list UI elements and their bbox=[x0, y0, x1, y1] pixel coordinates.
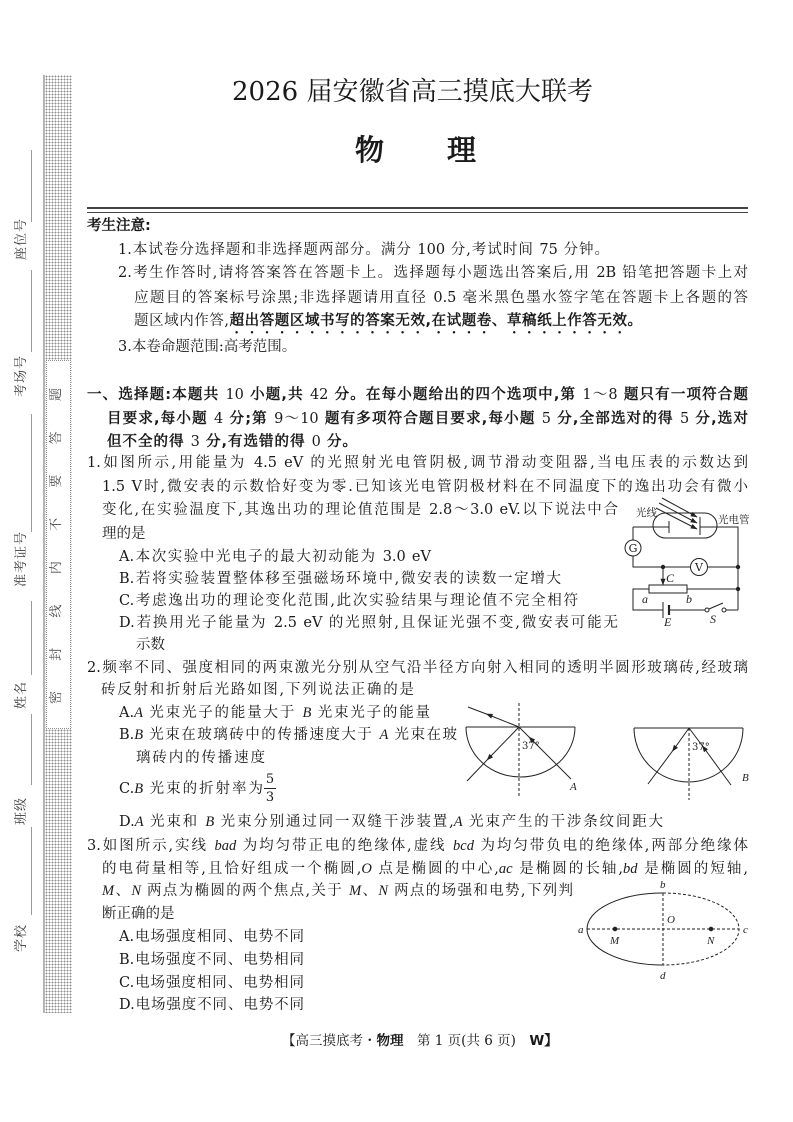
q2-option-b-line-2: 璃砖内的传播速度 bbox=[136, 748, 265, 768]
field-blank-exam-room bbox=[31, 270, 32, 352]
question-number: 1. bbox=[87, 455, 101, 471]
option-label: C. bbox=[119, 593, 134, 609]
angle-label: 37° bbox=[522, 741, 540, 752]
q2-semicircle-figure-b: 37° B bbox=[634, 728, 749, 800]
option-label: C. bbox=[119, 975, 134, 991]
option-label: A. bbox=[119, 549, 134, 565]
notice-heading: 考生注意: bbox=[87, 216, 151, 236]
fraction-numerator: 5 bbox=[264, 772, 276, 787]
section-one-line-2: 目要求,每小题 4 分;第 9～10 题有多项符合题目要求,每小题 5 分,全部… bbox=[107, 409, 748, 429]
focus-m-dot bbox=[613, 927, 617, 931]
q2-stem-text: 频率不同、强度相同的两束激光分别从空气沿半径方向射入相同的透明半圆形玻璃砖,经玻… bbox=[101, 660, 748, 676]
field-label-school: 学校 bbox=[15, 924, 29, 952]
field-label-exam-room: 考场号 bbox=[15, 355, 29, 397]
q3-ellipse-figure: b d a c O M N bbox=[578, 879, 748, 982]
option-text: 电场强度相同、电势不同 bbox=[134, 929, 304, 945]
subject-char-2: 理 bbox=[447, 133, 476, 167]
field-label-admission-number: 准考证号 bbox=[15, 531, 29, 587]
seal-char: 题 bbox=[50, 388, 64, 401]
field-blank-name bbox=[31, 601, 32, 675]
phototube bbox=[653, 513, 717, 538]
beam-a-label: A bbox=[569, 781, 577, 793]
junction-dot bbox=[736, 587, 739, 590]
option-text: 电场强度相同、电势相同 bbox=[134, 975, 304, 991]
fraction-denominator: 3 bbox=[264, 790, 276, 805]
voltmeter-label: V bbox=[694, 561, 704, 574]
galvanometer-label: G bbox=[629, 542, 638, 555]
option-label: D. bbox=[119, 814, 135, 830]
end-b-label: b bbox=[686, 592, 692, 606]
point-c-label: c bbox=[743, 924, 748, 936]
exam-title: 2026 届安徽省高三摸底大联考 bbox=[232, 76, 593, 108]
q1-stem-line-1: 1.如图所示,用能量为 4.5 eV 的光照射光电管阴极,调节滑动变阻器,当电压… bbox=[87, 453, 748, 473]
q3-stem-text: 如图所示,实线 bad 为均匀带正电的绝缘体,虚线 bcd 为均匀带负电的绝缘体… bbox=[101, 838, 748, 854]
field-label-class: 班级 bbox=[15, 797, 29, 825]
option-label: D. bbox=[119, 997, 135, 1013]
notice-item-2-line-2: 应题目的答案标号涂黑;非选择题请用直径 0.5 毫米黑色墨水签字笔在答题卡上各题… bbox=[134, 288, 748, 308]
seal-char: 封 bbox=[50, 648, 64, 661]
field-blank-class bbox=[31, 714, 32, 785]
option-text: A 光束光子的能量大于 B 光束光子的能量 bbox=[134, 705, 430, 721]
option-label: B. bbox=[119, 571, 134, 587]
notice-item-3: 3.本卷命题范围:高考范围。 bbox=[118, 337, 296, 357]
lower-wires bbox=[633, 589, 738, 610]
center-o-label: O bbox=[667, 914, 675, 926]
q1-option-a: A.本次实验中光电子的最大初动能为 3.0 eV bbox=[119, 547, 431, 567]
field-label-seat-number: 座位号 bbox=[15, 218, 29, 260]
seal-char: 内 bbox=[50, 561, 64, 574]
option-label: C. bbox=[119, 781, 134, 797]
q1-photoelectric-circuit-figure: 光线 光电管 G V C a b E S bbox=[625, 498, 750, 629]
point-b-label: b bbox=[660, 879, 666, 891]
field-label-name: 姓名 bbox=[15, 681, 29, 709]
refractive-index-fraction: 5 3 bbox=[264, 772, 276, 805]
point-d-label: d bbox=[660, 970, 666, 982]
q2-option-c: C.B 光束的折射率为 bbox=[119, 779, 263, 799]
q3-stem-line-3: M、N 两点为椭圆的两个焦点,关于 M、N 两点的场强和电势,下列判 bbox=[102, 881, 573, 901]
seal-line-warning: 密 封 线 内 不 要 答 题 bbox=[50, 388, 64, 704]
section-one-line-3: 但不全的得 3 分,有选错的得 0 分。 bbox=[107, 432, 357, 452]
q3-option-c: C.电场强度相同、电势相同 bbox=[119, 973, 304, 993]
binding-margin: 学校 班级 姓名 准考证号 考场号 座位号 密 封 线 内 不 要 答 题 bbox=[0, 0, 80, 1122]
light-ray-arrow bbox=[659, 503, 697, 523]
option-text: 若换用光子能量为 2.5 eV 的光照射,且保证光强不变,微安表可能无 bbox=[135, 615, 618, 631]
switch-contact bbox=[722, 608, 726, 612]
beam-b-label: B bbox=[742, 772, 749, 784]
incident-ray-a bbox=[519, 727, 571, 779]
cathode bbox=[633, 521, 669, 533]
slider-label: C bbox=[666, 571, 675, 585]
curved-face bbox=[466, 727, 575, 777]
q2-option-a: A.A 光束光子的能量大于 B 光束光子的能量 bbox=[119, 703, 430, 723]
focus-m-label: M bbox=[609, 935, 620, 947]
light-label: 光线 bbox=[636, 506, 657, 519]
option-text: 电场强度不同、电势不同 bbox=[135, 997, 304, 1013]
q2-option-b: B.B 光束在玻璃砖中的传播速度大于 A 光束在玻 bbox=[119, 725, 457, 745]
option-text: B 光束的折射率为 bbox=[134, 781, 263, 797]
focus-n-label: N bbox=[706, 935, 715, 947]
reflected-ray bbox=[648, 728, 689, 784]
q2-option-d: D.A 光束和 B 光束分别通过同一双缝干涉装置,A 光束产生的干涉条纹间距大 bbox=[119, 812, 663, 832]
option-text: A 光束和 B 光束分别通过同一双缝干涉装置,A 光束产生的干涉条纹间距大 bbox=[135, 814, 663, 830]
option-label: B. bbox=[119, 727, 134, 743]
q1-stem-line-4: 理的是 bbox=[102, 524, 146, 544]
q2-stem-line-2: 砖反射和折射后光路如图,下列说法正确的是 bbox=[101, 680, 414, 700]
voltmeter-icon bbox=[691, 559, 708, 576]
q3-stem-line-2: 的电荷量相等,且恰好组成一个椭圆,O 点是椭圆的中心,ac 是椭圆的长轴,bd … bbox=[102, 859, 748, 879]
upper-wires bbox=[633, 527, 738, 567]
phototube-label: 光电管 bbox=[718, 513, 750, 526]
q2-semicircle-figure-a: 37° A bbox=[466, 703, 577, 797]
seal-char: 不 bbox=[50, 518, 64, 531]
q3-stem-line-4: 断正确的是 bbox=[102, 904, 175, 924]
field-blank-school bbox=[31, 827, 32, 915]
option-label: B. bbox=[119, 952, 134, 968]
q1-option-b: B.若将实验装置整体移至强磁场环境中,微安表的读数一定增大 bbox=[119, 569, 561, 589]
q3-option-d: D.电场强度不同、电势不同 bbox=[119, 995, 304, 1015]
q1-stem-line-2: 1.5 V时,微安表的示数恰好变为零.已知该光电管阴极材料在不同温度下的逸出功会… bbox=[102, 477, 748, 497]
q3-option-b: B.电场强度不同、电势相同 bbox=[119, 950, 304, 970]
question-number: 3. bbox=[87, 838, 101, 854]
option-text: 考虑逸出功的理论变化范围,此次实验结果与理论值不完全相符 bbox=[134, 593, 578, 609]
junction-dot bbox=[661, 565, 664, 568]
option-text: 若将实验装置整体移至强磁场环境中,微安表的读数一定增大 bbox=[134, 571, 561, 587]
q1-option-d-line-2: 示数 bbox=[136, 635, 165, 655]
seal-char: 线 bbox=[50, 604, 64, 617]
option-text: B 光束在玻璃砖中的传播速度大于 A 光束在玻 bbox=[134, 727, 457, 743]
q2-stem-line-1: 2.频率不同、强度相同的两束激光分别从空气沿半径方向射入相同的透明半圆形玻璃砖,… bbox=[87, 658, 748, 678]
option-text: 电场强度不同、电势相同 bbox=[134, 952, 304, 968]
rheostat bbox=[649, 585, 687, 593]
subject-char-1: 物 bbox=[355, 133, 384, 167]
incident-ray-b bbox=[689, 728, 731, 785]
notice-item-2-line-3: 题区域内作答,超出答题区域书写的答案无效,在试题卷、草稿纸上作答无效。 bbox=[134, 311, 642, 331]
exam-page: 学校 班级 姓名 准考证号 考场号 座位号 密 封 线 内 不 要 答 题 20… bbox=[0, 0, 793, 1122]
battery-label: E bbox=[663, 615, 672, 629]
q1-stem-line-3: 变化,在实验温度下,其逸出功的理论值范围是 2.8～3.0 eV.以下说法中合 bbox=[102, 500, 618, 520]
switch-label: S bbox=[710, 612, 716, 626]
seal-char: 答 bbox=[50, 431, 64, 444]
fraction-bar bbox=[264, 788, 276, 789]
option-label: A. bbox=[119, 705, 134, 721]
q3-option-a: A.电场强度相同、电势不同 bbox=[119, 927, 304, 947]
switch-blade bbox=[709, 603, 723, 609]
junction-dot bbox=[736, 565, 739, 568]
focus-n-dot bbox=[709, 927, 713, 931]
double-rule-divider bbox=[87, 207, 748, 213]
notice-item-2-line-1: 2.考生作答时,请将答案答在答题卡上。选择题每小题选出答案后,用 2B 铅笔把答… bbox=[118, 263, 748, 283]
negative-arc-bcd bbox=[663, 893, 739, 965]
switch-pivot bbox=[705, 608, 709, 612]
right-wire bbox=[700, 527, 738, 610]
positive-arc-bad bbox=[587, 893, 663, 965]
curved-face bbox=[634, 728, 743, 782]
q1-option-c: C.考虑逸出功的理论变化范围,此次实验结果与理论值不完全相符 bbox=[119, 591, 578, 611]
page-footer: 【高三摸底考・物理 第 1 页(共 6 页) W】 bbox=[282, 1031, 548, 1051]
light-ray-arrow bbox=[656, 508, 697, 529]
question-number: 2. bbox=[87, 660, 101, 676]
q3-stem-line-1: 3.如图所示,实线 bad 为均匀带正电的绝缘体,虚线 bcd 为均匀带负电的绝… bbox=[87, 836, 748, 856]
option-label: D. bbox=[119, 615, 135, 631]
seal-char: 密 bbox=[50, 691, 64, 704]
field-blank-seat-number bbox=[31, 150, 32, 222]
seal-char: 要 bbox=[50, 475, 64, 488]
option-text: 本次实验中光电子的最大初动能为 3.0 eV bbox=[134, 549, 431, 565]
end-a-label: a bbox=[642, 592, 648, 606]
section-one-line-1: 一、选择题:本题共 10 小题,共 42 分。在每小题给出的四个选项中,第 1～… bbox=[87, 385, 748, 405]
option-label: A. bbox=[119, 929, 134, 945]
refracted-ray bbox=[468, 707, 519, 727]
q1-stem-text: 如图所示,用能量为 4.5 eV 的光照射光电管阴极,调节滑动变阻器,当电压表的… bbox=[101, 455, 748, 471]
light-ray-arrow bbox=[662, 498, 697, 517]
reflected-ray bbox=[467, 727, 519, 781]
galvanometer-icon bbox=[625, 540, 641, 556]
notice-item-1: 1.本试卷分选择题和非选择题两部分。满分 100 分,考试时间 75 分钟。 bbox=[118, 240, 609, 260]
q1-option-d: D.若换用光子能量为 2.5 eV 的光照射,且保证光强不变,微安表可能无 bbox=[119, 613, 618, 633]
field-blank-admission-number bbox=[31, 414, 32, 532]
point-a-label: a bbox=[578, 924, 584, 936]
angle-label: 37° bbox=[692, 742, 710, 753]
